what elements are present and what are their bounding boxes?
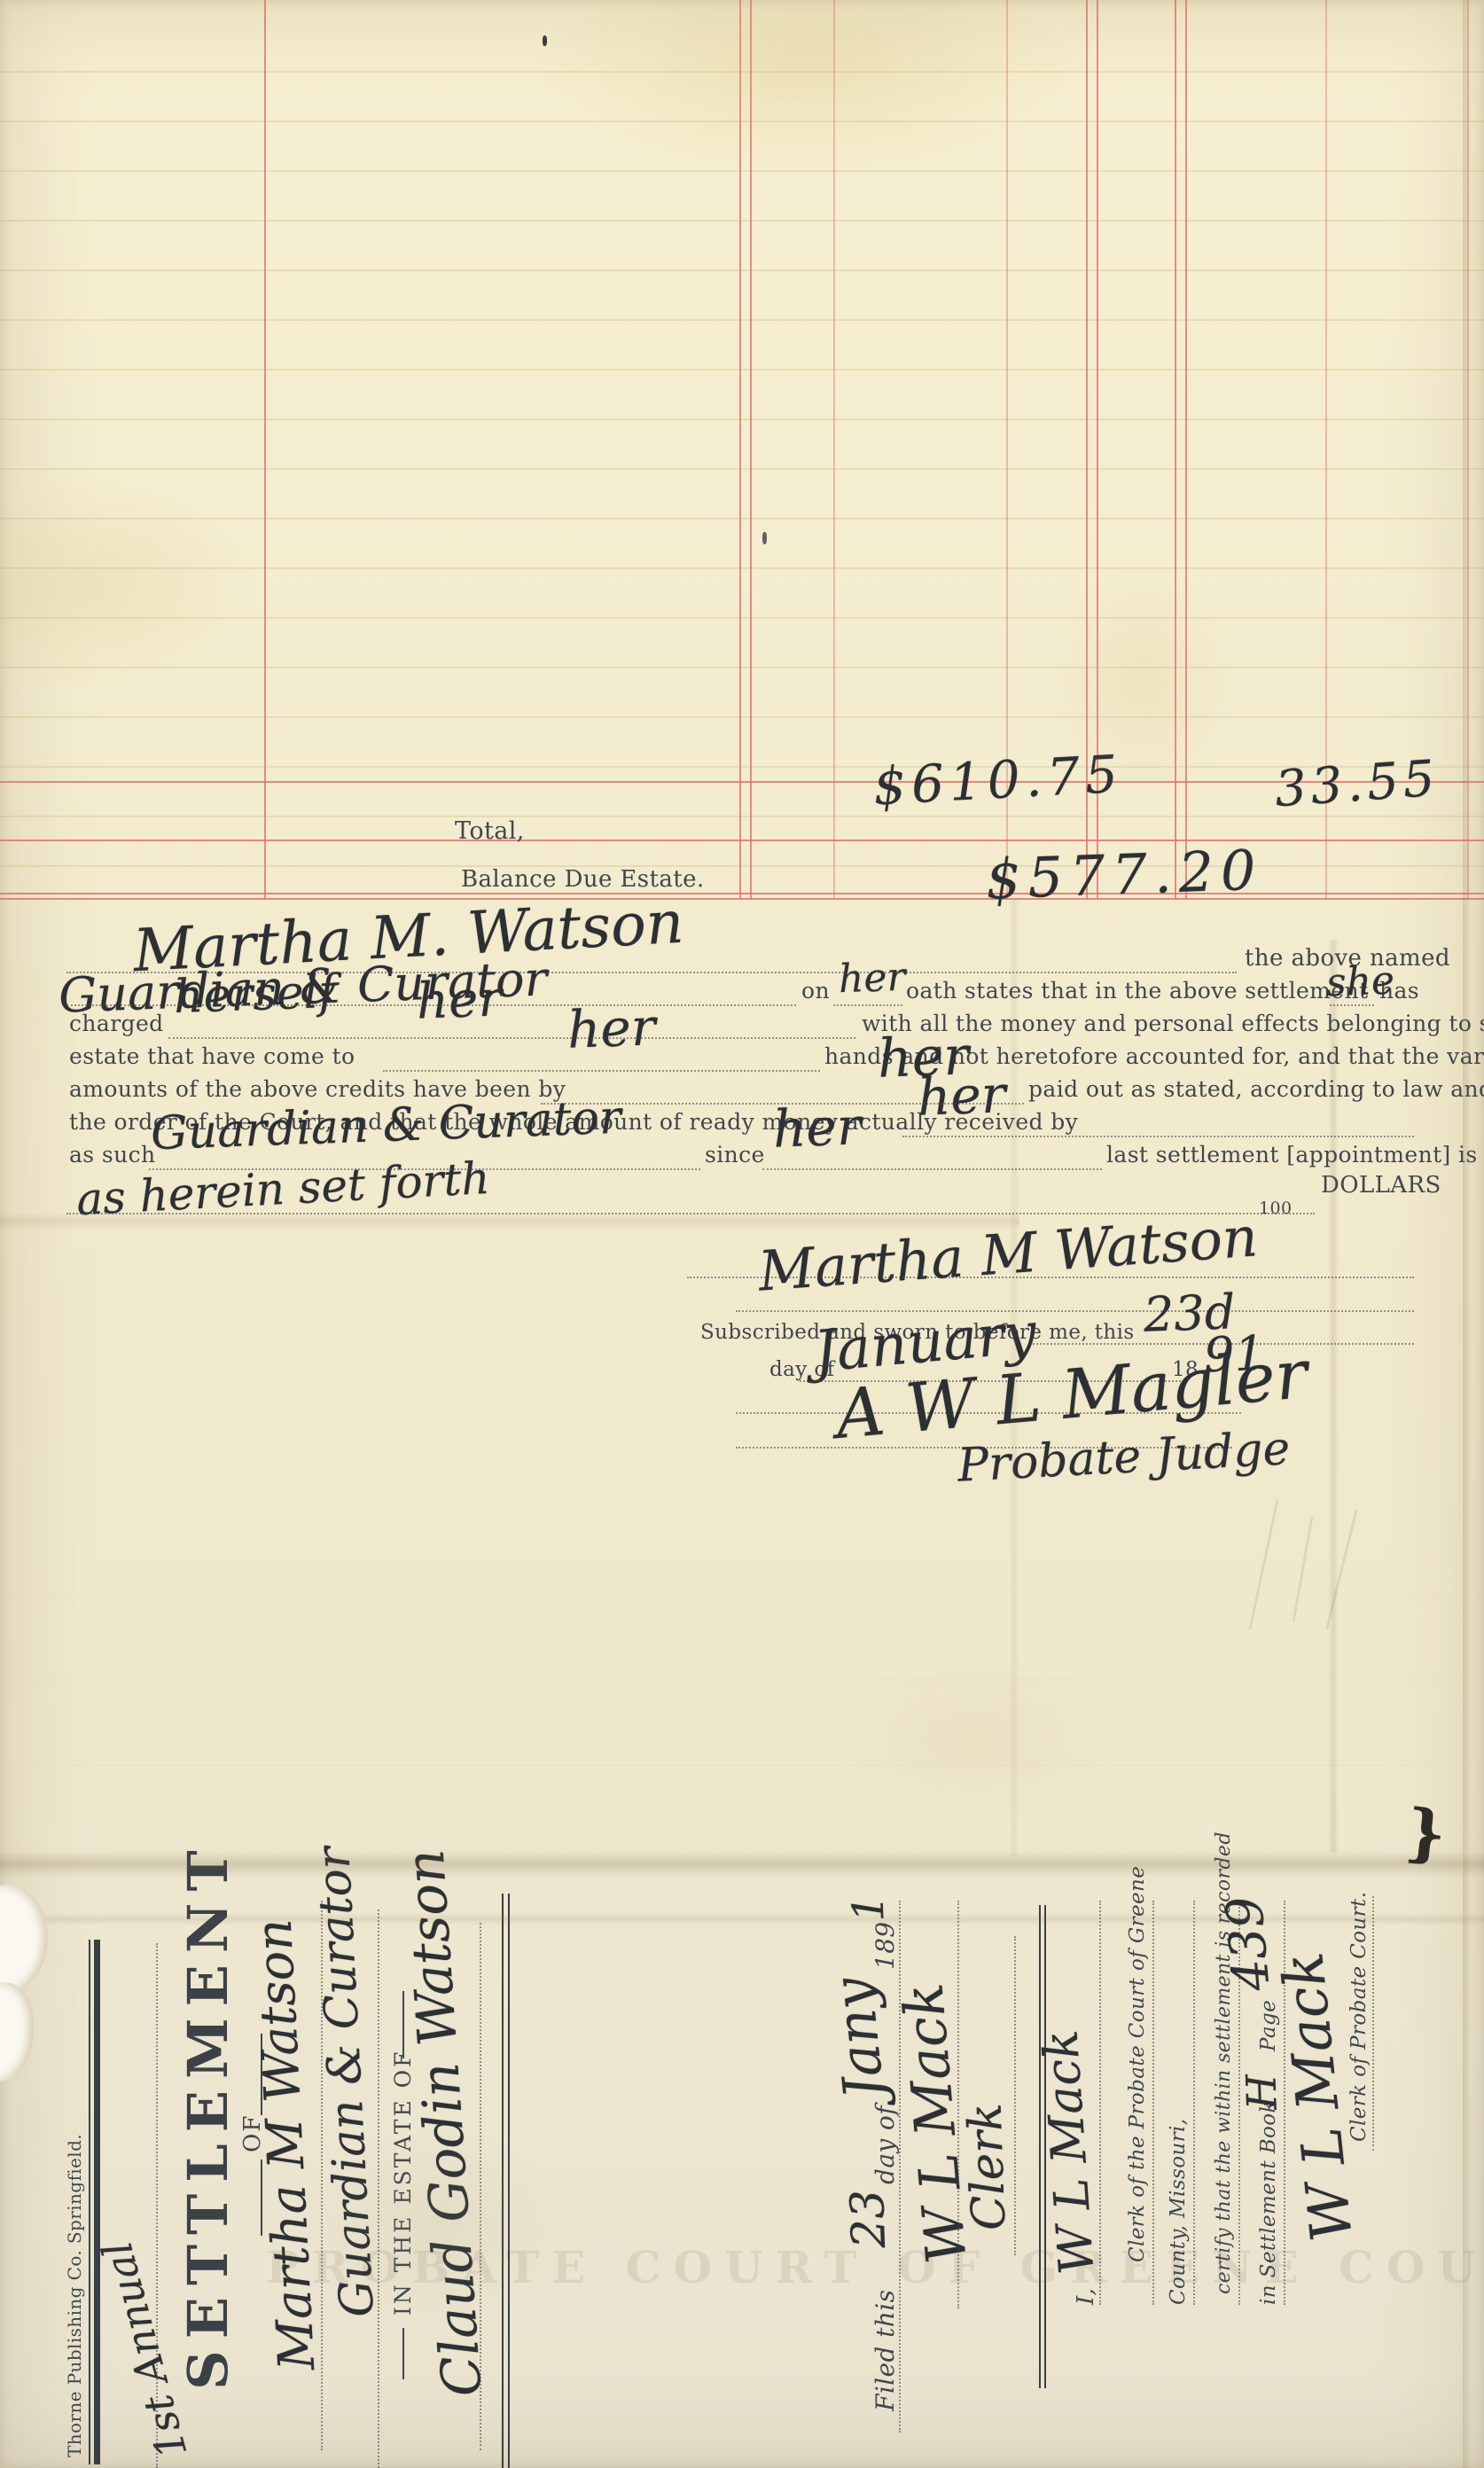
leader-line xyxy=(66,1004,796,1006)
hw-filed-year: 1 xyxy=(843,1894,894,1922)
cover-dotted-line xyxy=(1014,1936,1016,2255)
hw-filed-month: Jany xyxy=(820,1975,897,2103)
hw-her: her xyxy=(772,1096,863,1159)
estate-rule-left xyxy=(402,2328,404,2379)
balance-amount: $577.20 xyxy=(985,838,1264,912)
blank-area-faint-lines xyxy=(0,1511,1484,1865)
cover-title: SETTLEMENT xyxy=(176,1839,240,2390)
leader-line xyxy=(762,1168,1102,1170)
ink-speck xyxy=(543,35,547,46)
ledger-vertical-rule xyxy=(739,0,741,899)
cover-dotted-line xyxy=(1372,1896,1374,2151)
leader-line xyxy=(383,1070,820,1072)
certificate-line3: County, Missouri, xyxy=(1167,2118,1190,2305)
ledger-vertical-rule xyxy=(264,0,266,899)
ledger-vertical-rule xyxy=(1175,0,1176,899)
cover-dotted-line xyxy=(480,1923,481,2450)
hw-certificate-book: H xyxy=(1237,2074,1285,2111)
leader-line xyxy=(833,1004,902,1006)
cover-dotted-line xyxy=(1152,1901,1154,2305)
ledger-vertical-rule xyxy=(750,0,752,899)
signature-line xyxy=(687,1277,1414,1278)
ledger-vertical-rule xyxy=(1185,0,1187,899)
affidavit-on: on xyxy=(801,978,830,1004)
leader-line xyxy=(541,1103,1024,1105)
hw-certificate-page: 439 xyxy=(1215,1894,1281,1993)
hw-her: her xyxy=(416,970,503,1030)
certificate-book-prefix: in Settlement Book xyxy=(1257,2100,1280,2305)
fraction-100: 100 xyxy=(1259,1199,1292,1218)
ledger-vertical-rule xyxy=(833,0,835,899)
dollars-label: DOLLARS xyxy=(1321,1172,1441,1199)
total-label: Total, xyxy=(455,817,525,845)
cover-dotted-line xyxy=(378,1910,379,2468)
divider-rule xyxy=(502,1894,504,2468)
ink-speck xyxy=(762,532,767,544)
filed-this-label: Filed this xyxy=(871,2290,900,2411)
ledger-vertical-rule xyxy=(1467,0,1469,899)
filed-year-prefix: 189 xyxy=(871,1921,900,1970)
hw-herself: herself xyxy=(173,965,336,1024)
ledger-horizontal-rule xyxy=(0,781,1484,783)
hw-her: her xyxy=(566,996,657,1059)
hw-filed-day: 23 xyxy=(841,2189,896,2249)
hw-she: she xyxy=(1325,958,1395,1006)
torn-edge xyxy=(0,1885,48,1995)
hw-certificate-clerk-name: W L Mack xyxy=(1032,2028,1105,2277)
column2-total-amount: 33.55 xyxy=(1273,750,1441,819)
certificate-line2: Clerk of the Probate Court of Greene xyxy=(1126,1866,1149,2262)
divider-rule xyxy=(508,1894,510,2468)
cover-dotted-line xyxy=(1099,1901,1101,2305)
certificate-clerk-title: Clerk of Probate Court. xyxy=(1347,1892,1371,2142)
printer-credit: Thorne Publishing Co. Springfield. xyxy=(64,2134,85,2457)
cover-dotted-line xyxy=(156,1943,158,2468)
heavy-rule xyxy=(94,1940,100,2464)
leader-line xyxy=(168,1037,855,1039)
hw-filed-clerk-title: Clerk xyxy=(959,2102,1017,2231)
ledger-faint-lines xyxy=(0,23,1484,899)
filed-day-of-label: day of xyxy=(871,2105,900,2184)
cover-dotted-line xyxy=(1193,1901,1195,2305)
scanned-settlement-document: Total, Balance Due Estate. $610.75 33.55… xyxy=(0,0,1484,2468)
hw-her: her xyxy=(917,1064,1007,1127)
leader-line xyxy=(1330,1004,1374,1006)
affidavit-line7-right: last settlement [appointment] is xyxy=(1106,1142,1478,1168)
leader-line xyxy=(149,1168,700,1170)
certificate-i-label: I, xyxy=(1073,2288,1099,2305)
leader-line xyxy=(902,1136,1414,1137)
affidavit-since: since xyxy=(705,1142,765,1168)
heavy-rule xyxy=(89,1940,90,2464)
affidavit-as-such: as such xyxy=(69,1142,156,1168)
leader-line xyxy=(66,972,1237,973)
affidavit-line4-left: estate that have come to xyxy=(69,1043,355,1069)
cover-dotted-line xyxy=(899,1901,901,2433)
folded-cover-panel: Thorne Publishing Co. Springfield. 1st A… xyxy=(62,1888,1392,2468)
ink-mark: } xyxy=(1402,1794,1449,1871)
affidavit-line2-mid: oath states that in the above settlement xyxy=(906,978,1368,1004)
hw-her: her xyxy=(838,955,906,1003)
affidavit-line5-right: paid out as stated, according to law and xyxy=(1028,1076,1484,1102)
blank-line xyxy=(736,1310,1414,1312)
torn-edge xyxy=(0,1982,34,2081)
